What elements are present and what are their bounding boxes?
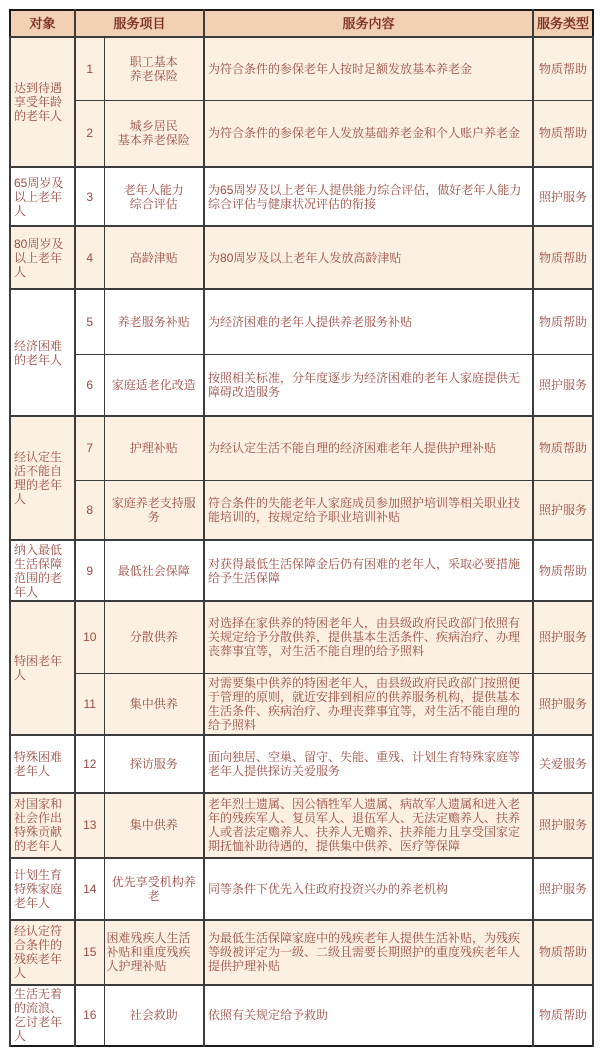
row-number-cell: 7 — [75, 416, 104, 480]
project-cell: 优先享受机构养老 — [104, 858, 204, 920]
target-group-cell: 特困老年人 — [10, 601, 75, 735]
content-cell: 为65周岁及以上老年人提供能力综合评估，做好老年人能力综合评估与健康状况评估的衔… — [204, 167, 533, 226]
header-row: 对象 服务项目 服务内容 服务类型 — [10, 10, 593, 37]
project-cell: 分散供养 — [104, 601, 204, 673]
type-cell: 物质帮助 — [533, 37, 593, 100]
table-row: 11 集中供养 对需要集中供养的特困老年人，由县级政府民政部门按照便于管理的原则… — [10, 673, 593, 735]
content-cell: 对需要集中供养的特困老年人，由县级政府民政部门按照便于管理的原则，就近安排到相应… — [204, 673, 533, 735]
row-number-cell: 4 — [75, 226, 104, 289]
target-group-cell: 对国家和社会作出特殊贡献的老年人 — [10, 793, 75, 858]
type-cell: 照护服务 — [533, 167, 593, 226]
project-cell: 职工基本 养老保险 — [104, 37, 204, 100]
table-row: 对国家和社会作出特殊贡献的老年人 13 集中供养 老年烈士遗属、因公牺牲军人遗属… — [10, 793, 593, 858]
row-number-cell: 15 — [75, 920, 104, 985]
content-cell: 按照相关标准，分年度逐步为经济困难的老年人家庭提供无障碍改造服务 — [204, 354, 533, 416]
type-cell: 照护服务 — [533, 793, 593, 858]
content-cell: 为符合条件的参保老年人发放基础养老金和个人账户养老金 — [204, 100, 533, 167]
header-content: 服务内容 — [204, 10, 533, 37]
content-cell: 为经认定生活不能自理的经济困难老年人提供护理补贴 — [204, 416, 533, 480]
project-cell: 老年人能力 综合评估 — [104, 167, 204, 226]
content-cell: 为最低生活保障家庭中的残疾老年人提供生活补贴，为残疾等级被评定为一级、二级且需要… — [204, 920, 533, 985]
content-cell: 对选择在家供养的特困老年人，由县级政府民政部门依照有关规定给予分散供养，提供基本… — [204, 601, 533, 673]
target-group-cell: 纳入最低生活保障范围的老年人 — [10, 540, 75, 601]
target-group-cell: 经认定生活不能自理的老年人 — [10, 416, 75, 540]
type-cell: 物质帮助 — [533, 289, 593, 354]
content-cell: 老年烈士遗属、因公牺牲军人遗属、病故军人遗属和进入老年的残疾军人、复员军人、退伍… — [204, 793, 533, 858]
target-group-cell: 经认定符合条件的残疾老年人 — [10, 920, 75, 985]
row-number-cell: 11 — [75, 673, 104, 735]
project-cell: 集中供养 — [104, 673, 204, 735]
elderly-services-table: 对象 服务项目 服务内容 服务类型 达到待遇享受年龄的老年人 1 职工基本 养老… — [9, 9, 594, 1047]
type-cell: 照护服务 — [533, 673, 593, 735]
type-cell: 物质帮助 — [533, 540, 593, 601]
type-cell: 照护服务 — [533, 858, 593, 920]
project-cell: 最低社会保障 — [104, 540, 204, 601]
project-cell: 困难残疾人生活补贴和重度残疾人护理补贴 — [104, 920, 204, 985]
project-cell: 家庭养老支持服务 — [104, 480, 204, 540]
row-number-cell: 1 — [75, 37, 104, 100]
target-group-cell: 65周岁及以上老年人 — [10, 167, 75, 226]
row-number-cell: 5 — [75, 289, 104, 354]
row-number-cell: 2 — [75, 100, 104, 167]
table-row: 经认定生活不能自理的老年人 7 护理补贴 为经认定生活不能自理的经济困难老年人提… — [10, 416, 593, 480]
row-number-cell: 3 — [75, 167, 104, 226]
content-cell: 同等条件下优先入住政府投资兴办的养老机构 — [204, 858, 533, 920]
row-number-cell: 13 — [75, 793, 104, 858]
table-row: 特困老年人 10 分散供养 对选择在家供养的特困老年人，由县级政府民政部门依照有… — [10, 601, 593, 673]
project-cell: 高龄津贴 — [104, 226, 204, 289]
header-target: 对象 — [10, 10, 75, 37]
row-number-cell: 6 — [75, 354, 104, 416]
table-row: 计划生育特殊家庭老年人 14 优先享受机构养老 同等条件下优先入住政府投资兴办的… — [10, 858, 593, 920]
table-row: 经认定符合条件的残疾老年人 15 困难残疾人生活补贴和重度残疾人护理补贴 为最低… — [10, 920, 593, 985]
content-cell: 对获得最低生活保障金后仍有困难的老年人，采取必要措施给予生活保障 — [204, 540, 533, 601]
content-cell: 符合条件的失能老年人家庭成员参加照护培训等相关职业技能培训的，按规定给予职业培训… — [204, 480, 533, 540]
target-group-cell: 80周岁及以上老年人 — [10, 226, 75, 289]
table-row: 纳入最低生活保障范围的老年人 9 最低社会保障 对获得最低生活保障金后仍有困难的… — [10, 540, 593, 601]
type-cell: 物质帮助 — [533, 100, 593, 167]
type-cell: 物质帮助 — [533, 920, 593, 985]
table-row: 80周岁及以上老年人 4 高龄津贴 为80周岁及以上老年人发放高龄津贴 物质帮助 — [10, 226, 593, 289]
type-cell: 照护服务 — [533, 480, 593, 540]
target-group-cell: 计划生育特殊家庭老年人 — [10, 858, 75, 920]
type-cell: 物质帮助 — [533, 416, 593, 480]
type-cell: 关爱服务 — [533, 735, 593, 793]
target-group-cell: 达到待遇享受年龄的老年人 — [10, 37, 75, 167]
project-cell: 护理补贴 — [104, 416, 204, 480]
project-cell: 养老服务补贴 — [104, 289, 204, 354]
project-cell: 社会救助 — [104, 985, 204, 1046]
table-row: 65周岁及以上老年人 3 老年人能力 综合评估 为65周岁及以上老年人提供能力综… — [10, 167, 593, 226]
table-row: 达到待遇享受年龄的老年人 1 职工基本 养老保险 为符合条件的参保老年人按时足额… — [10, 37, 593, 100]
header-project: 服务项目 — [75, 10, 204, 37]
project-cell: 城乡居民 基本养老保险 — [104, 100, 204, 167]
row-number-cell: 16 — [75, 985, 104, 1046]
content-cell: 依照有关规定给予救助 — [204, 985, 533, 1046]
table-row: 特殊困难老年人 12 探访服务 面向独居、空巢、留守、失能、重残、计划生育特殊家… — [10, 735, 593, 793]
services-table-container: 对象 服务项目 服务内容 服务类型 达到待遇享受年龄的老年人 1 职工基本 养老… — [9, 9, 594, 1047]
header-type: 服务类型 — [533, 10, 593, 37]
target-group-cell: 特殊困难老年人 — [10, 735, 75, 793]
type-cell: 照护服务 — [533, 354, 593, 416]
table-row: 生活无着的流浪、乞讨老年人 16 社会救助 依照有关规定给予救助 物质帮助 — [10, 985, 593, 1046]
content-cell: 为符合条件的参保老年人按时足额发放基本养老金 — [204, 37, 533, 100]
content-cell: 为80周岁及以上老年人发放高龄津贴 — [204, 226, 533, 289]
target-group-cell: 生活无着的流浪、乞讨老年人 — [10, 985, 75, 1046]
project-cell: 家庭适老化改造 — [104, 354, 204, 416]
project-cell: 集中供养 — [104, 793, 204, 858]
target-group-cell: 经济困难的老年人 — [10, 289, 75, 416]
row-number-cell: 9 — [75, 540, 104, 601]
table-row: 6 家庭适老化改造 按照相关标准，分年度逐步为经济困难的老年人家庭提供无障碍改造… — [10, 354, 593, 416]
type-cell: 物质帮助 — [533, 985, 593, 1046]
table-row: 8 家庭养老支持服务 符合条件的失能老年人家庭成员参加照护培训等相关职业技能培训… — [10, 480, 593, 540]
content-cell: 面向独居、空巢、留守、失能、重残、计划生育特殊家庭等老年人提供探访关爱服务 — [204, 735, 533, 793]
table-row: 2 城乡居民 基本养老保险 为符合条件的参保老年人发放基础养老金和个人账户养老金… — [10, 100, 593, 167]
project-cell: 探访服务 — [104, 735, 204, 793]
type-cell: 物质帮助 — [533, 226, 593, 289]
table-row: 经济困难的老年人 5 养老服务补贴 为经济困难的老年人提供养老服务补贴 物质帮助 — [10, 289, 593, 354]
row-number-cell: 10 — [75, 601, 104, 673]
row-number-cell: 8 — [75, 480, 104, 540]
type-cell: 照护服务 — [533, 601, 593, 673]
row-number-cell: 12 — [75, 735, 104, 793]
content-cell: 为经济困难的老年人提供养老服务补贴 — [204, 289, 533, 354]
row-number-cell: 14 — [75, 858, 104, 920]
